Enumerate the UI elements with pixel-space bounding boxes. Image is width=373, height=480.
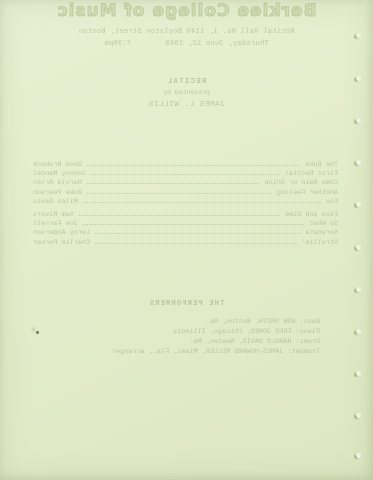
dot-leader bbox=[87, 193, 272, 194]
program-composer: Joe Farrell bbox=[33, 220, 78, 228]
dot-leader bbox=[95, 243, 296, 244]
binding-hole bbox=[356, 160, 361, 165]
program-row: Another Feeling Duke Pearson bbox=[33, 189, 338, 198]
college-title: Berklee College of Music bbox=[0, 1, 373, 22]
program-composer: Harold Arlen bbox=[33, 179, 82, 187]
dot-leader bbox=[87, 165, 300, 166]
dot-leader bbox=[87, 183, 260, 184]
dot-leader bbox=[95, 233, 300, 234]
binding-hole bbox=[356, 413, 361, 418]
personnel-line: Trumpet: JAMES-HOWARD MILLER, Miami, Fla… bbox=[0, 347, 320, 357]
program-title: So What bbox=[309, 220, 338, 228]
recital-header-block: RECITAL presented by JAMES L. WILLIS bbox=[0, 78, 373, 109]
date-time-line: Thursday, June 12, 1969 7:30pm bbox=[0, 40, 373, 48]
performers-heading: THE PERFORMERS bbox=[0, 300, 373, 308]
program-title: The Duke bbox=[305, 161, 338, 169]
program-row: Strollin' Charlie Parker bbox=[33, 239, 338, 248]
scanned-program-page: Berklee College of Music Recital Hall No… bbox=[0, 0, 373, 480]
dot-leader bbox=[79, 215, 280, 216]
recital-date: Thursday, June 12, 1969 bbox=[165, 40, 269, 48]
program-row: The Duke Dave Brubeck bbox=[33, 161, 338, 170]
program-composer: Duke Pearson bbox=[33, 189, 82, 197]
dot-leader bbox=[91, 174, 280, 175]
personnel-list: Bass: BOB SMITH, Boston, Ma. Piano: FRED… bbox=[0, 317, 373, 357]
mirrored-bleedthrough-layer: Berklee College of Music Recital Hall No… bbox=[0, 0, 373, 480]
program-title: Serenata bbox=[305, 229, 338, 237]
binding-hole bbox=[356, 76, 361, 81]
program-composer: Johnny Mandel bbox=[33, 170, 86, 178]
dot-leader bbox=[83, 224, 305, 225]
presented-by-label: presented by bbox=[0, 89, 373, 96]
personnel-line: Bass: BOB SMITH, Boston, Ma. bbox=[0, 317, 320, 327]
binding-hole bbox=[356, 245, 361, 250]
recital-heading: RECITAL bbox=[0, 78, 373, 86]
program-row: Come Rain or Shine Harold Arlen bbox=[33, 179, 338, 188]
program-list: The Duke Dave Brubeck First Recital John… bbox=[0, 161, 373, 248]
program-row: Fox Miles Davis bbox=[33, 198, 338, 207]
binding-hole bbox=[356, 202, 361, 207]
program-composer: Sam Rivers bbox=[33, 211, 74, 219]
program-composer: Dave Brubeck bbox=[33, 161, 82, 169]
program-title: Strollin' bbox=[301, 239, 338, 247]
program-composer: Leroy Anderson bbox=[33, 229, 90, 237]
program-composer: Miles Davis bbox=[33, 198, 78, 206]
address-line: Recital Hall No. 1, 1140 Boylston Street… bbox=[0, 28, 373, 36]
program-row: So What Joe Farrell bbox=[33, 220, 338, 229]
binding-hole bbox=[356, 453, 361, 458]
program-title: First Recital bbox=[285, 170, 338, 178]
recital-time: 7:30pm bbox=[104, 40, 131, 48]
program-title: Come Rain or Shine bbox=[265, 179, 338, 187]
ink-speck bbox=[36, 331, 39, 334]
program-row: Five and Dime Sam Rivers bbox=[33, 211, 338, 220]
binding-hole bbox=[356, 287, 361, 292]
personnel-line: Drums: HAROLD DAVIS, Newton, Ma. bbox=[0, 337, 320, 347]
program-title: Fox bbox=[326, 198, 338, 206]
program-row: Serenata Leroy Anderson bbox=[33, 229, 338, 238]
program-row: First Recital Johnny Mandel bbox=[33, 170, 338, 179]
performers-block: THE PERFORMERS Bass: BOB SMITH, Boston, … bbox=[0, 300, 373, 357]
binding-hole bbox=[356, 329, 361, 334]
performer-name: JAMES L. WILLIS bbox=[0, 101, 373, 109]
binding-hole bbox=[356, 33, 361, 38]
program-composer: Charlie Parker bbox=[33, 239, 90, 247]
dot-leader bbox=[83, 202, 321, 203]
personnel-line: Piano: FRED JONES, Chicago, Illinois bbox=[0, 327, 320, 337]
binding-hole bbox=[356, 371, 361, 376]
binding-hole bbox=[356, 118, 361, 123]
program-title: Another Feeling bbox=[277, 189, 338, 197]
program-title: Five and Dime bbox=[285, 211, 338, 219]
